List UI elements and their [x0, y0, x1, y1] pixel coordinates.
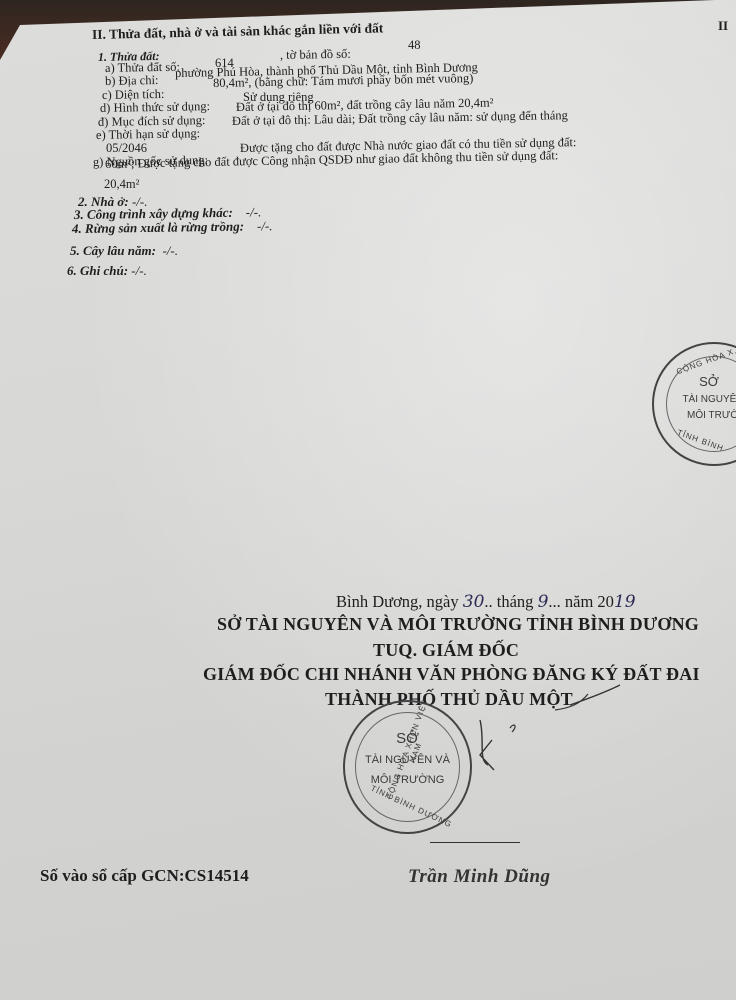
origin-line-3: 20,4m² — [104, 177, 139, 192]
certificate-page: II II. Thửa đất, nhà ở và tài sản khác g… — [0, 0, 736, 1000]
signature-scribble — [470, 680, 630, 780]
registry-number: Số vào sổ cấp GCN:CS14514 — [40, 866, 249, 886]
item-perennial-trees: 5. Cây lâu năm: -/-. — [70, 243, 178, 259]
section-title: II. Thửa đất, nhà ở và tài sản khác gắn … — [92, 20, 384, 43]
official-stamp: CỘNG HÒA XHCN VIỆT NAM SỞ TÀI NGUYÊN VÀ … — [343, 700, 472, 834]
date-year: 19 — [614, 592, 636, 612]
map-sheet-no: 48 — [408, 38, 421, 53]
page-marker: II — [718, 18, 728, 34]
item-production-forest: 4. Rừng sản xuất là rừng trồng: -/-. — [72, 218, 273, 237]
date-day: 30 — [463, 592, 485, 612]
origin-line-2: 60m²; Được tặng cho đất được Công nhận Q… — [105, 148, 559, 172]
side-stamp: CỘNG HÒA X.H.C.N SỞ TÀI NGUYÊN MÔI TRƯỜ … — [652, 342, 736, 466]
authority-line-2: TUQ. GIÁM ĐỐC — [373, 640, 519, 661]
date-line: Bình Dương, ngày 30.. tháng 9... năm 201… — [336, 592, 636, 612]
authority-line-1: SỞ TÀI NGUYÊN VÀ MÔI TRƯỜNG TỈNH BÌNH DƯ… — [217, 614, 699, 635]
signature-line — [430, 842, 520, 843]
signer-name: Trần Minh Dũng — [408, 866, 551, 888]
item-notes: 6. Ghi chú: -/-. — [67, 263, 147, 279]
date-month: 9 — [538, 592, 549, 612]
map-sheet-label: , tờ bản đồ số: — [280, 47, 351, 63]
